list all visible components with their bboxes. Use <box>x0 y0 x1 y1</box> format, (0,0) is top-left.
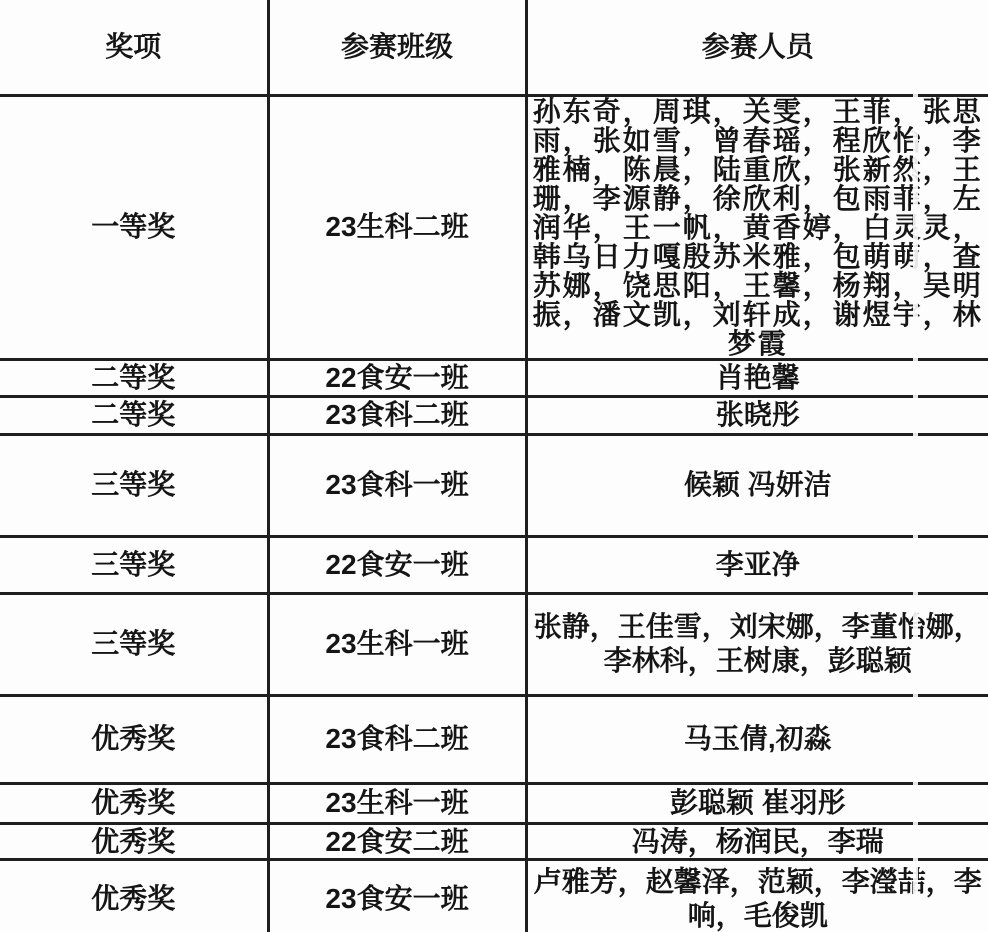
scanned-award-table-page: 奖项 参赛班级 参赛人员 一等奖23生科二班孙东奇，周琪，关雯，王菲，张思雨，张… <box>0 0 988 932</box>
table-row: 优秀奖23食安一班卢雅芳，赵馨泽，范颖，李瀅喆，李响，毛俊凯 <box>0 860 988 932</box>
award-cell: 优秀奖 <box>0 860 268 932</box>
award-cell: 三等奖 <box>0 593 268 695</box>
class-cell: 23食科二班 <box>268 396 526 434</box>
table-row: 一等奖23生科二班孙东奇，周琪，关雯，王菲，张思雨，张如雪，曾春瑶，程欣怡，李雅… <box>0 95 988 359</box>
class-cell: 23生科一班 <box>268 593 526 695</box>
award-cell: 三等奖 <box>0 434 268 536</box>
award-cell: 二等奖 <box>0 396 268 434</box>
participants-cell: 冯涛，杨润民，李瑞 <box>526 823 988 860</box>
participants-cell: 马玉倩,初淼 <box>526 695 988 783</box>
participants-cell: 候颖 冯妍洁 <box>526 434 988 536</box>
participants-cell: 卢雅芳，赵馨泽，范颖，李瀅喆，李响，毛俊凯 <box>526 860 988 932</box>
award-cell: 二等奖 <box>0 359 268 396</box>
award-cell: 三等奖 <box>0 536 268 593</box>
participants-cell: 彭聪颖 崔羽彤 <box>526 783 988 823</box>
class-cell: 23食科一班 <box>268 434 526 536</box>
class-cell: 22食安二班 <box>268 823 526 860</box>
table-row: 优秀奖23食科二班马玉倩,初淼 <box>0 695 988 783</box>
table-row: 三等奖22食安一班李亚净 <box>0 536 988 593</box>
participants-cell: 张晓彤 <box>526 396 988 434</box>
class-cell: 23食科二班 <box>268 695 526 783</box>
class-cell: 22食安一班 <box>268 536 526 593</box>
column-header-class: 参赛班级 <box>268 0 526 95</box>
awards-table: 奖项 参赛班级 参赛人员 一等奖23生科二班孙东奇，周琪，关雯，王菲，张思雨，张… <box>0 0 988 932</box>
class-cell: 23生科二班 <box>268 95 526 359</box>
table-row: 二等奖22食安一班肖艳馨 <box>0 359 988 396</box>
table-row: 三等奖23食科一班候颖 冯妍洁 <box>0 434 988 536</box>
header-row: 奖项 参赛班级 参赛人员 <box>0 0 988 95</box>
column-header-participants: 参赛人员 <box>526 0 988 95</box>
column-header-award: 奖项 <box>0 0 268 95</box>
participants-cell: 张静，王佳雪，刘宋娜，李董怡娜，李林科，王树康，彭聪颖 <box>526 593 988 695</box>
participants-cell: 肖艳馨 <box>526 359 988 396</box>
award-cell: 一等奖 <box>0 95 268 359</box>
table-row: 优秀奖22食安二班冯涛，杨润民，李瑞 <box>0 823 988 860</box>
class-cell: 23食安一班 <box>268 860 526 932</box>
participants-cell: 孙东奇，周琪，关雯，王菲，张思雨，张如雪，曾春瑶，程欣怡，李雅楠，陈晨，陆重欣，… <box>526 95 988 359</box>
table-row: 二等奖23食科二班张晓彤 <box>0 396 988 434</box>
participants-cell: 李亚净 <box>526 536 988 593</box>
table-row: 三等奖23生科一班张静，王佳雪，刘宋娜，李董怡娜，李林科，王树康，彭聪颖 <box>0 593 988 695</box>
award-cell: 优秀奖 <box>0 695 268 783</box>
class-cell: 22食安一班 <box>268 359 526 396</box>
class-cell: 23生科一班 <box>268 783 526 823</box>
award-cell: 优秀奖 <box>0 783 268 823</box>
award-cell: 优秀奖 <box>0 823 268 860</box>
table-row: 优秀奖23生科一班彭聪颖 崔羽彤 <box>0 783 988 823</box>
